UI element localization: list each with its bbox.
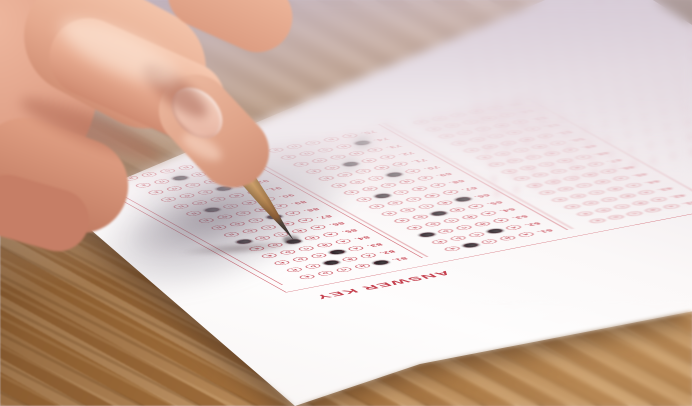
bubble: B [498,235,517,241]
bubble: B [435,200,455,206]
bubble: C [600,197,620,203]
bubble: B [631,200,651,206]
bubble: A [359,253,379,259]
bubble-filled: D [461,242,481,248]
bubble: C [417,204,437,210]
bubble: B [397,179,417,185]
bubble: B [618,193,638,199]
bubble: A [662,204,682,210]
question-number: 75. [358,128,386,135]
bubble: A [649,197,669,203]
question-number: 64. [497,206,525,213]
bubble: D [386,200,406,206]
bubble: A [416,175,436,181]
bubble: D [449,235,469,241]
bubble: B [353,263,373,269]
bubble: E [550,197,570,203]
bubble: D [455,130,475,136]
bubble: A [346,246,366,252]
bubble: E [443,246,463,252]
bubble: E [355,197,375,203]
question-number: 43. [655,185,683,192]
bubble: A [403,168,423,174]
bubble: C [379,182,399,188]
question-number: 73. [384,142,412,149]
question-number: 41. [680,199,692,206]
bubble: A [340,133,360,139]
bubble: A [334,239,354,245]
bubble: C [587,190,607,196]
bubble: E [405,225,425,231]
bubble: A [479,210,499,216]
bubble: E [430,239,450,245]
question-number: 62. [522,220,550,227]
bubble: C [404,196,424,202]
bubble: B [460,214,480,220]
bubble: D [411,214,431,220]
bubble: E [563,204,583,210]
bubble: C [448,112,468,118]
question-number: 67. [459,184,487,191]
bubble: E [437,133,457,139]
bubble: D [569,193,589,199]
bubble: D [606,214,626,220]
bubble: E [449,140,469,146]
bubble: A [391,161,411,167]
bubble: D [398,207,418,213]
bubble: E [392,218,412,224]
bubble-filled: B [328,249,348,255]
bubble: A [637,189,657,195]
bubble: B [410,186,430,192]
bubble: C [467,232,487,238]
bubble: C [625,211,645,217]
bubble-filled: B [385,172,405,178]
question-number: 69. [434,170,462,177]
bubble: B [448,207,468,213]
bubble: E [367,204,387,210]
bubble: E [424,126,444,132]
question-number: 71. [409,156,437,163]
bubble: D [581,200,601,206]
bubble: C [366,175,386,181]
question-number: 82. [377,248,405,255]
bubble: A [624,182,644,188]
bubble: A [321,231,341,237]
bubble: B [360,158,380,164]
bubble: C [442,218,462,224]
bubble: A [428,182,448,188]
question-number: 72. [396,149,424,156]
bubble: A [365,147,385,153]
question-number: 84. [352,234,380,241]
bubble: C [612,204,632,210]
question-number: 42. [667,192,692,199]
bubble: B [473,221,493,227]
bubble: D [436,228,456,234]
question-number: 44. [642,178,670,185]
bubble-filled: E [418,232,438,238]
bubble: D [423,221,443,227]
bubble: C [480,239,500,245]
bubble: E [588,218,608,224]
bubble: A [517,232,537,238]
bubble: D [430,116,450,122]
bubble: B [606,186,626,192]
question-number: 83. [364,241,392,248]
bubble: A [466,203,486,209]
bubble: A [441,189,461,195]
question-number: 74. [371,135,399,142]
question-number: 68. [447,177,475,184]
bubble: B [340,256,360,262]
bubble: D [594,207,614,213]
question-number: 70. [421,163,449,170]
bubble-filled: C [322,260,342,266]
bubble-filled: D [373,193,393,199]
bubble: C [454,225,474,231]
bubble-filled: B [486,228,506,234]
bubble: E [412,119,432,125]
bubble: A [491,218,511,224]
question-number: 61. [535,227,563,234]
hand [0,0,320,280]
bubble: D [360,186,380,192]
bubble-filled: A [454,196,474,202]
bubble-filled: C [429,211,449,217]
bubble: A [504,225,524,231]
bubble: A [378,154,398,160]
question-number: 81. [390,255,418,262]
question-number: 85. [339,227,367,234]
bubble: C [391,189,411,195]
question-number: 63. [510,213,538,220]
bubble: E [575,211,595,217]
bubble: B [372,165,392,171]
bubble-filled: A [353,140,373,146]
bubble: D [443,123,463,129]
bubble: E [380,211,400,217]
bubble-filled: A [371,260,391,266]
bubble: C [334,267,354,273]
bubble: B [643,207,663,213]
bubble: B [423,193,443,199]
photo-canvas: ANSWER KEY 41.ABCDE42.ABCDE43.ABCDE44.AB… [0,0,692,406]
